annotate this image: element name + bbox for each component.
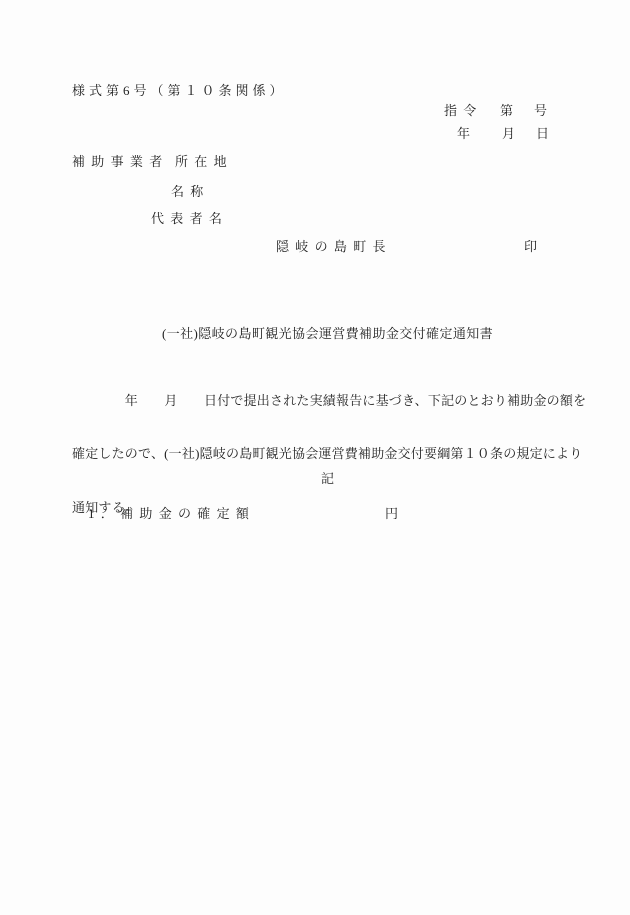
- document-title: (一社)隠岐の島町観光協会運営費補助金交付確定通知書: [162, 326, 493, 342]
- body-line-2: 確定したので、(一社)隠岐の島町観光協会運営費補助金交付要綱第１０条の規定により: [72, 443, 586, 464]
- item-1-unit-label: 円: [385, 506, 398, 522]
- document-page: 様式第6号（第１０条関係） 指令 第 号 年 月 日 補助事業者 所在地 名称 …: [0, 0, 630, 915]
- date-month-label: 月: [502, 126, 515, 142]
- date-day-label: 日: [536, 126, 549, 142]
- issuer-title: 隠岐の島町長: [276, 239, 392, 255]
- applicant-representative-label: 代表者名: [151, 211, 228, 227]
- date-year-label: 年: [457, 126, 470, 142]
- applicant-name-label: 名称: [171, 184, 210, 200]
- record-heading: 記: [321, 471, 334, 487]
- item-1-label: 1．補助金の確定額: [88, 506, 255, 522]
- directive-number-prefix: 第: [500, 103, 513, 119]
- directive-label: 指令: [444, 103, 483, 119]
- body-line-1: 年 月 日付で提出された実績報告に基づき、下記のとおり補助金の額を: [72, 390, 586, 411]
- seal-mark: 印: [524, 239, 537, 255]
- applicant-label: 補助事業者: [72, 154, 169, 170]
- form-number: 様式第6号（第１０条関係）: [72, 83, 287, 99]
- directive-number-suffix: 号: [534, 103, 547, 119]
- applicant-address-label: 所在地: [175, 154, 233, 170]
